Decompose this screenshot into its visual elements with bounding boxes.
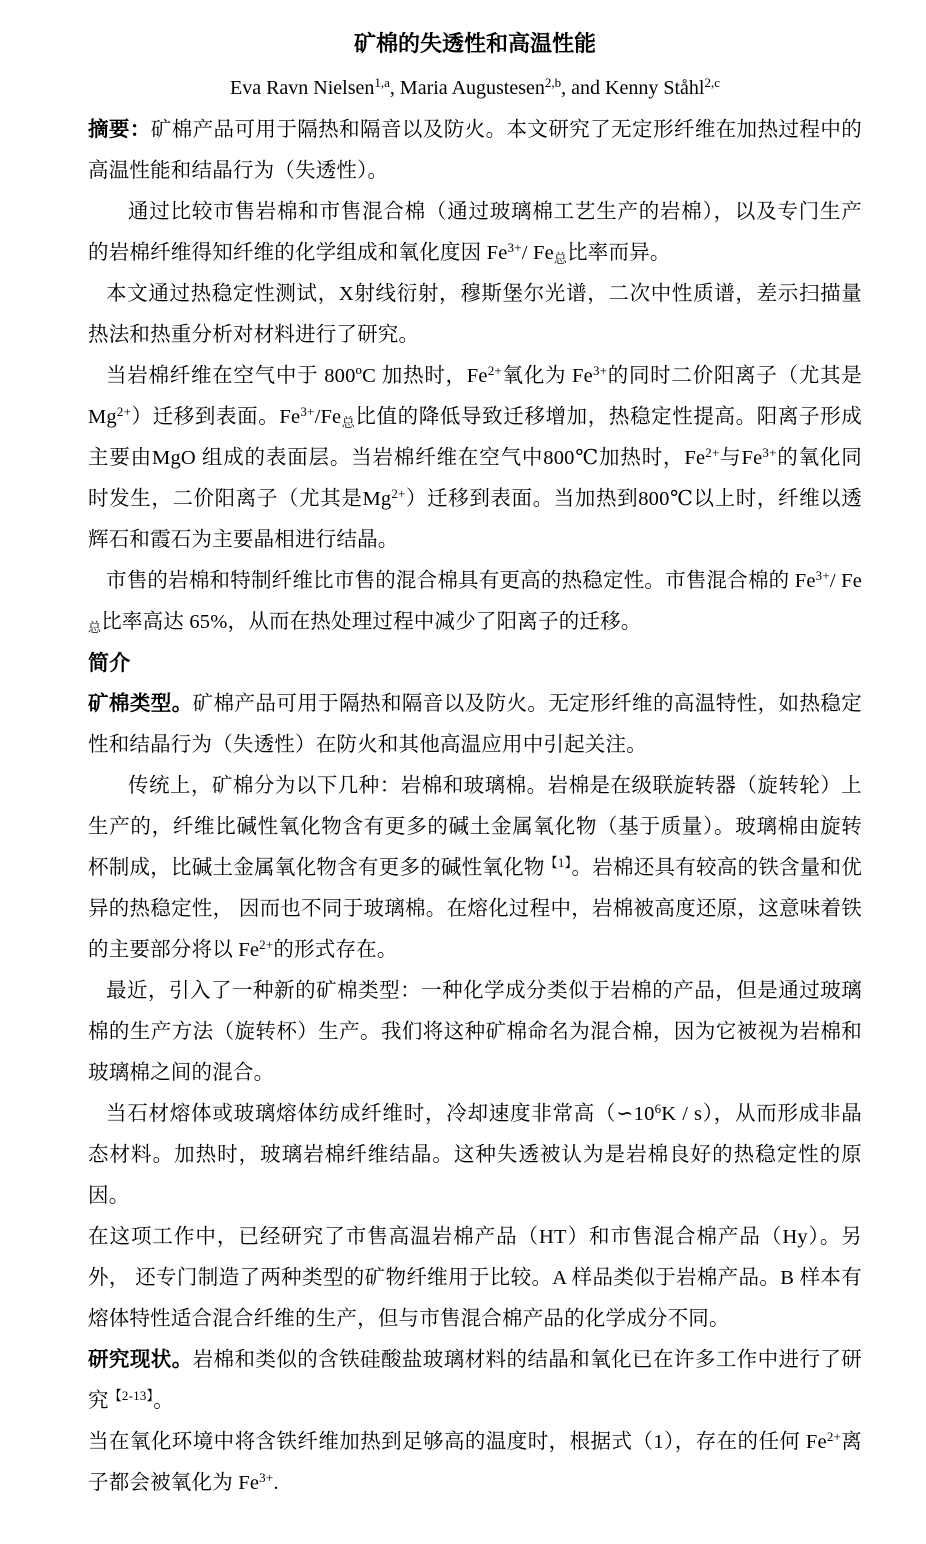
text-segment: 氧化为 Fe xyxy=(502,365,593,387)
superscript: 2,b xyxy=(545,75,561,90)
paragraph-cooling-rate: 当石材熔体或玻璃熔体纺成纤维时，冷却速度非常高（∽106K / s），从而形成非… xyxy=(88,1094,862,1217)
text-segment: 比率而异。 xyxy=(567,242,671,264)
text-segment: /Fe xyxy=(315,406,342,428)
text-segment: Eva Ravn Nielsen xyxy=(230,77,374,99)
abstract-paragraph-1: 摘要：矿棉产品可用于隔热和隔音以及防火。本文研究了无定形纤维在加热过程中的高温性… xyxy=(88,110,862,192)
text-segment: 当石材熔体或玻璃熔体纺成纤维时，冷却速度非常高（∽10 xyxy=(106,1103,655,1125)
text-segment: 的形式存在。 xyxy=(273,939,397,961)
text-segment: 矿棉产品可用于隔热和隔音以及防火。本文研究了无定形纤维在加热过程中的高温性能和结… xyxy=(88,119,862,182)
text-segment: 通过比较市售岩棉和市售混合棉（通过玻璃棉工艺生产的岩棉），以及专门生产的岩棉纤维… xyxy=(88,201,862,264)
text-segment: / Fe xyxy=(522,242,554,264)
paragraph-research-status: 研究现状。岩棉和类似的含铁硅酸盐玻璃材料的结晶和氧化已在许多工作中进行了研究【2… xyxy=(88,1340,862,1422)
bold-text-segment: 摘要： xyxy=(88,119,151,141)
paragraph-new-wool-type: 最近，引入了一种新的矿棉类型：一种化学成分类似于岩棉的产品，但是通过玻璃棉的生产… xyxy=(88,971,862,1094)
superscript: 3+ xyxy=(762,445,776,460)
bold-text-segment: 研究现状。 xyxy=(88,1349,193,1371)
superscript: 2+ xyxy=(488,363,502,378)
superscript: 3+ xyxy=(300,404,314,419)
superscript: 2+ xyxy=(117,404,131,419)
superscript: 2+ xyxy=(391,486,405,501)
superscript: 3+ xyxy=(508,240,522,255)
paragraph-mineral-wool-types: 矿棉类型。矿棉产品可用于隔热和隔音以及防火。无定形纤维的高温特性，如热稳定性和结… xyxy=(88,684,862,766)
text-segment: , Maria Augustesen xyxy=(390,77,545,99)
text-segment: . xyxy=(273,1472,278,1494)
superscript: 2+ xyxy=(705,445,719,460)
subscript: 总 xyxy=(341,415,355,430)
bold-text-segment: 简介 xyxy=(88,651,130,675)
superscript: 2+ xyxy=(827,1429,841,1444)
text-segment: , and Kenny Ståhl xyxy=(561,77,704,99)
section-heading-introduction: 简介 xyxy=(88,643,862,684)
text-segment: 。 xyxy=(153,1390,174,1412)
superscript: 3+ xyxy=(259,1470,273,1485)
text-segment: 市售的岩棉和特制纤维比市售的混合棉具有更高的热稳定性。市售混合棉的 Fe xyxy=(106,570,816,592)
subscript: 总 xyxy=(554,251,567,266)
bold-text-segment: 矿棉类型。 xyxy=(88,693,193,715)
text-segment: / Fe xyxy=(830,570,862,592)
text-segment: 最近，引入了一种新的矿棉类型：一种化学成分类似于岩棉的产品，但是通过玻璃棉的生产… xyxy=(88,980,862,1084)
abstract-paragraph-3: 本文通过热稳定性测试，X射线衍射，穆斯堡尔光谱，二次中性质谱，差示扫描量热法和热… xyxy=(88,274,862,356)
superscript: 3+ xyxy=(593,363,607,378)
document-title: 矿棉的失透性和高温性能 xyxy=(88,30,862,58)
text-segment: 矿棉产品可用于隔热和隔音以及防火。无定形纤维的高温特性，如热稳定性和结晶行为（失… xyxy=(88,693,862,756)
text-segment: 与Fe xyxy=(720,447,763,469)
superscript: 2+ xyxy=(259,937,273,952)
text-segment: 本文通过热稳定性测试，X射线衍射，穆斯堡尔光谱，二次中性质谱，差示扫描量热法和热… xyxy=(88,283,862,346)
superscript: 2,c xyxy=(704,75,720,90)
abstract-paragraph-2: 通过比较市售岩棉和市售混合棉（通过玻璃棉工艺生产的岩棉），以及专门生产的岩棉纤维… xyxy=(88,192,862,274)
superscript: 【2-13】 xyxy=(109,1388,154,1403)
superscript: 1,a xyxy=(374,75,390,90)
text-segment: ）迁移到表面。Fe xyxy=(131,406,300,428)
superscript: 6 xyxy=(655,1101,662,1116)
text-segment: 岩棉和类似的含铁硅酸盐玻璃材料的结晶和氧化已在许多工作中进行了研究 xyxy=(88,1349,862,1412)
superscript: 【1】 xyxy=(545,855,572,870)
document-page: 矿棉的失透性和高温性能 Eva Ravn Nielsen1,a, Maria A… xyxy=(0,0,926,1544)
paragraph-traditional-wool-kinds: 传统上，矿棉分为以下几种：岩棉和玻璃棉。岩棉是在级联旋转器（旋转轮）上生产的，纤… xyxy=(88,766,862,971)
abstract-paragraph-4: 当岩棉纤维在空气中于 800ºC 加热时，Fe2+氧化为 Fe3+的同时二价阳离… xyxy=(88,356,862,561)
abstract-paragraph-5: 市售的岩棉和特制纤维比市售的混合棉具有更高的热稳定性。市售混合棉的 Fe3+/ … xyxy=(88,561,862,643)
author-line: Eva Ravn Nielsen1,a, Maria Augustesen2,b… xyxy=(88,74,862,102)
text-segment: 比率高达 65%，从而在热处理过程中减少了阳离子的迁移。 xyxy=(101,611,641,633)
text-segment: 在这项工作中，已经研究了市售高温岩棉产品（HT）和市售混合棉产品（Hy）。另外，… xyxy=(88,1226,862,1330)
text-segment: 当岩棉纤维在空气中于 800ºC 加热时，Fe xyxy=(106,365,488,387)
subscript: 总 xyxy=(88,620,101,635)
paragraph-oxidation-equation: 当在氧化环境中将含铁纤维加热到足够高的温度时，根据式（1），存在的任何 Fe2+… xyxy=(88,1422,862,1504)
text-segment: 当在氧化环境中将含铁纤维加热到足够高的温度时，根据式（1），存在的任何 Fe xyxy=(88,1431,827,1453)
paragraph-this-work: 在这项工作中，已经研究了市售高温岩棉产品（HT）和市售混合棉产品（Hy）。另外，… xyxy=(88,1217,862,1340)
superscript: 3+ xyxy=(816,568,830,583)
